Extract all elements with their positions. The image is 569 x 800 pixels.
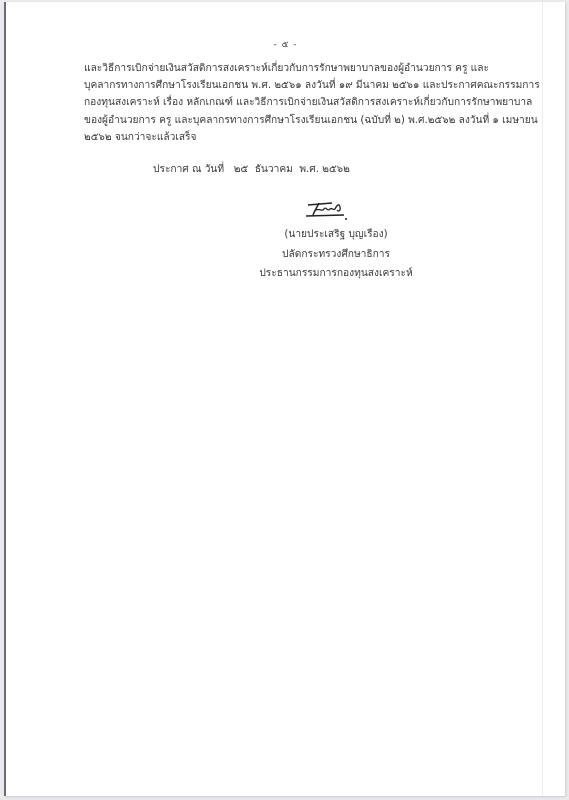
page-fold-line: [542, 2, 543, 796]
body-line: และวิธีการเบิกจ่ายเงินสวัสดิการสงเคราะห์…: [84, 60, 504, 77]
signature-icon: [302, 198, 358, 224]
signatory-role: ประธานกรรมการกองทุนสงเคราะห์: [216, 265, 456, 281]
body-paragraph: และวิธีการเบิกจ่ายเงินสวัสดิการสงเคราะห์…: [84, 60, 504, 146]
announcement-date: ประกาศ ณ วันที่ ๒๕ ธันวาคม พ.ศ. ๒๕๖๒: [153, 161, 350, 177]
signatory-name: (นายประเสริฐ บุญเรือง): [216, 226, 456, 242]
body-line: ๒๕๖๒ จนกว่าจะแล้วเสร็จ: [84, 129, 504, 146]
page-number: - ๕ -: [6, 37, 565, 51]
signatory-position: ปลัดกระทรวงศึกษาธิการ: [216, 246, 456, 262]
body-line: บุคลากรทางการศึกษาโรงเรียนเอกชน พ.ศ. ๒๕๖…: [84, 77, 504, 94]
document-page: - ๕ - และวิธีการเบิกจ่ายเงินสวัสดิการสงเ…: [4, 2, 565, 796]
body-line: ของผู้อำนวยการ ครู และบุคลากรทางการศึกษา…: [84, 112, 504, 129]
body-line: กองทุนสงเคราะห์ เรื่อง หลักเกณฑ์ และวิธี…: [84, 94, 504, 111]
